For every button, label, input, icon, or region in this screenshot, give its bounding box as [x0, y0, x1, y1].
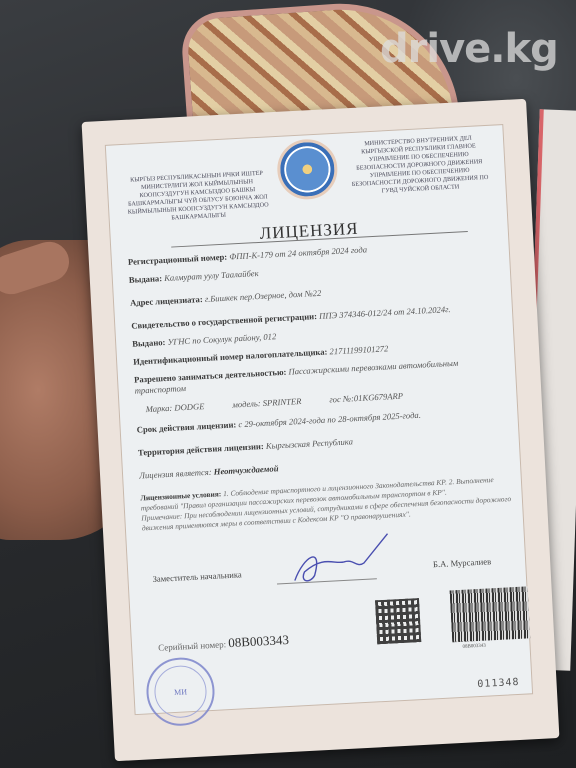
license-fields: Регистрационный номер: ФПП-К-179 от 24 о… — [128, 237, 513, 533]
barcode-icon — [450, 586, 531, 642]
barcode-number: 08B003343 — [462, 644, 486, 650]
qr-code-icon — [375, 598, 421, 644]
license-document: Кыргыз Республикасынын Ички иштер минист… — [82, 99, 560, 761]
signature-icon — [283, 531, 395, 587]
signature-block: Заместитель начальника Б.А. Мурсалиев — [144, 555, 510, 574]
vehicle-plate: гос №:01KG679ARP — [329, 391, 403, 405]
signatory-name: Б.А. Мурсалиев — [433, 556, 492, 569]
vehicle-model: модель: SPRINTER — [232, 396, 301, 410]
document-body: Кыргыз Республикасынын Ички иштер минист… — [105, 124, 533, 715]
form-number: 011348 — [477, 677, 520, 690]
official-stamp-icon: МИ — [145, 656, 216, 727]
vehicle-make: Марка: DODGE — [145, 401, 204, 414]
serial-number: Серийный номер: 08B003343 — [158, 632, 290, 655]
signatory-title: Заместитель начальника — [152, 569, 242, 584]
watermark-logo: drive.kg — [380, 26, 558, 72]
header-kyrgyz: Кыргыз Республикасынын Ички иштер минист… — [121, 169, 273, 225]
state-emblem-icon — [276, 138, 339, 201]
header-russian: Министерство внутренних дел Кыргызской Р… — [343, 134, 496, 198]
